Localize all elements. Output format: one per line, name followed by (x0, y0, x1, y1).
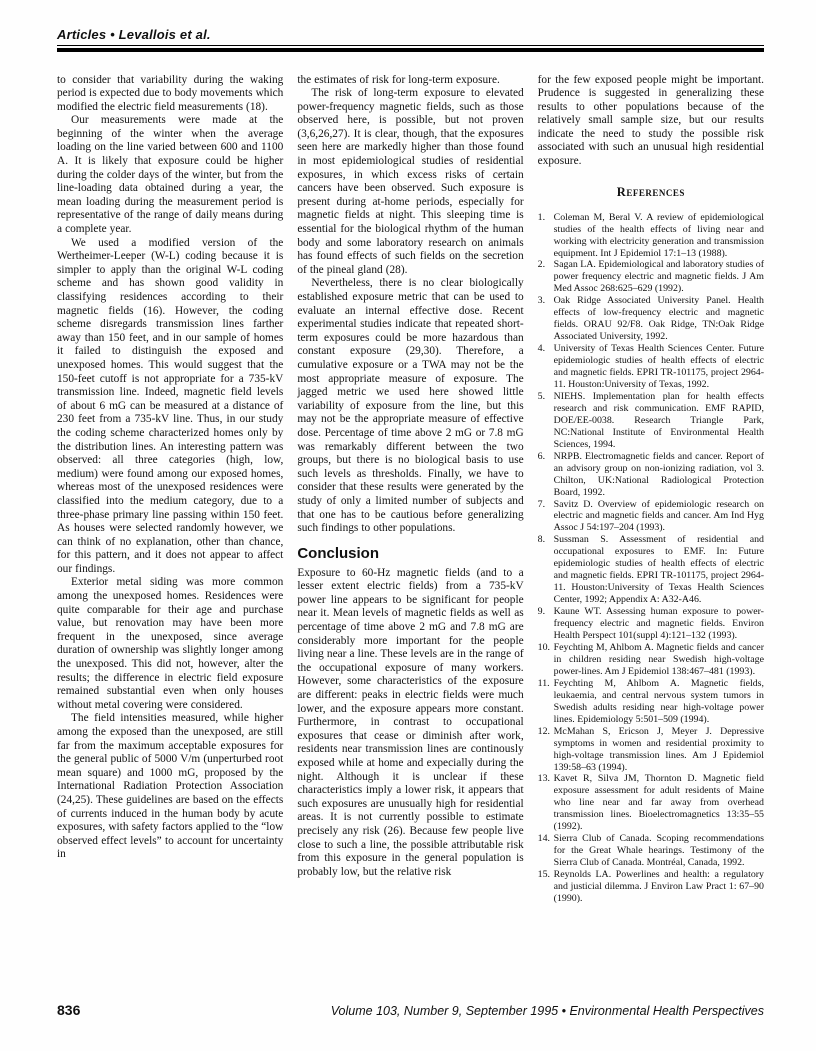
reference-item: 3. Oak Ridge Associated University Panel… (538, 295, 764, 343)
reference-text: Coleman M, Beral V. A review of epidemio… (554, 212, 764, 260)
journal-page: Articles • Levallois et al. to consider … (0, 0, 816, 1051)
reference-text: McMahan S, Ericson J, Meyer J. Depressiv… (554, 726, 764, 774)
reference-text: Sussman S. Assessment of residential and… (554, 534, 764, 606)
reference-item: 15. Reynolds LA. Powerlines and health: … (538, 869, 764, 905)
reference-text: Kaune WT. Assessing human exposure to po… (554, 606, 764, 642)
paragraph: Exposure to 60-Hz magnetic fields (and t… (297, 567, 523, 880)
page-footer: 836 Volume 103, Number 9, September 1995… (57, 1002, 764, 1018)
reference-text: Sagan LA. Epidemiological and laboratory… (554, 259, 764, 295)
reference-text: Oak Ridge Associated University Panel. H… (554, 295, 764, 343)
reference-item: 6. NRPB. Electromagnetic fields and canc… (538, 451, 764, 499)
conclusion-heading: Conclusion (297, 545, 523, 562)
reference-number: 3. (538, 295, 554, 343)
reference-number: 2. (538, 259, 554, 295)
reference-text: Reynolds LA. Powerlines and health: a re… (554, 869, 764, 905)
page-content: Articles • Levallois et al. to consider … (57, 0, 764, 974)
reference-item: 10. Feychting M, Ahlbom A. Magnetic fiel… (538, 642, 764, 678)
references-heading: References (538, 185, 764, 200)
reference-item: 9. Kaune WT. Assessing human exposure to… (538, 606, 764, 642)
paragraph: the estimates of risk for long-term expo… (297, 74, 523, 88)
paragraph: The risk of long-term exposure to elevat… (297, 87, 523, 277)
reference-item: 5. NIEHS. Implementation plan for health… (538, 391, 764, 451)
reference-item: 12. McMahan S, Ericson J, Meyer J. Depre… (538, 726, 764, 774)
reference-item: 8. Sussman S. Assessment of residential … (538, 534, 764, 606)
reference-item: 4. University of Texas Health Sciences C… (538, 343, 764, 391)
header-rule (57, 48, 764, 52)
reference-number: 6. (538, 451, 554, 499)
paragraph: Our measurements were made at the beginn… (57, 114, 283, 236)
reference-number: 8. (538, 534, 554, 606)
reference-number: 1. (538, 212, 554, 260)
reference-text: University of Texas Health Sciences Cent… (554, 343, 764, 391)
column-2: the estimates of risk for long-term expo… (297, 74, 523, 974)
reference-item: 2. Sagan LA. Epidemiological and laborat… (538, 259, 764, 295)
paragraph: to consider that variability during the … (57, 74, 283, 115)
reference-text: NRPB. Electromagnetic fields and cancer.… (554, 451, 764, 499)
paragraph: Exterior metal siding was more common am… (57, 576, 283, 712)
reference-number: 5. (538, 391, 554, 451)
reference-text: Kavet R, Silva JM, Thornton D. Magnetic … (554, 773, 764, 833)
reference-item: 11. Feychting M, Ahlbom A. Magnetic fiel… (538, 678, 764, 726)
reference-number: 7. (538, 499, 554, 535)
reference-item: 1. Coleman M, Beral V. A review of epide… (538, 212, 764, 260)
reference-item: 13. Kavet R, Silva JM, Thornton D. Magne… (538, 773, 764, 833)
reference-text: Sierra Club of Canada. Scoping recommend… (554, 833, 764, 869)
reference-number: 14. (538, 833, 554, 869)
paragraph: Nevertheless, there is no clear biologic… (297, 277, 523, 535)
reference-number: 10. (538, 642, 554, 678)
page-header: Articles • Levallois et al. (57, 27, 764, 52)
paragraph: for the few exposed people might be impo… (538, 74, 764, 169)
reference-item: 14. Sierra Club of Canada. Scoping recom… (538, 833, 764, 869)
page-number: 836 (57, 1002, 80, 1018)
reference-number: 15. (538, 869, 554, 905)
reference-text: Feychting M, Ahlbom A. Magnetic fields a… (554, 642, 764, 678)
paragraph: We used a modified version of the Werthe… (57, 237, 283, 577)
reference-number: 4. (538, 343, 554, 391)
running-head: Articles • Levallois et al. (57, 27, 764, 46)
column-1: to consider that variability during the … (57, 74, 283, 974)
reference-item: 7. Savitz D. Overview of epidemiologic r… (538, 499, 764, 535)
article-body: to consider that variability during the … (57, 74, 764, 974)
reference-number: 12. (538, 726, 554, 774)
reference-number: 13. (538, 773, 554, 833)
column-3: for the few exposed people might be impo… (538, 74, 764, 974)
reference-text: Savitz D. Overview of epidemiologic rese… (554, 499, 764, 535)
reference-text: NIEHS. Implementation plan for health ef… (554, 391, 764, 451)
reference-number: 11. (538, 678, 554, 726)
journal-volume-line: Volume 103, Number 9, September 1995 • E… (331, 1004, 764, 1018)
reference-number: 9. (538, 606, 554, 642)
reference-text: Feychting M, Ahlbom A. Magnetic fields, … (554, 678, 764, 726)
paragraph: The field intensities measured, while hi… (57, 712, 283, 862)
